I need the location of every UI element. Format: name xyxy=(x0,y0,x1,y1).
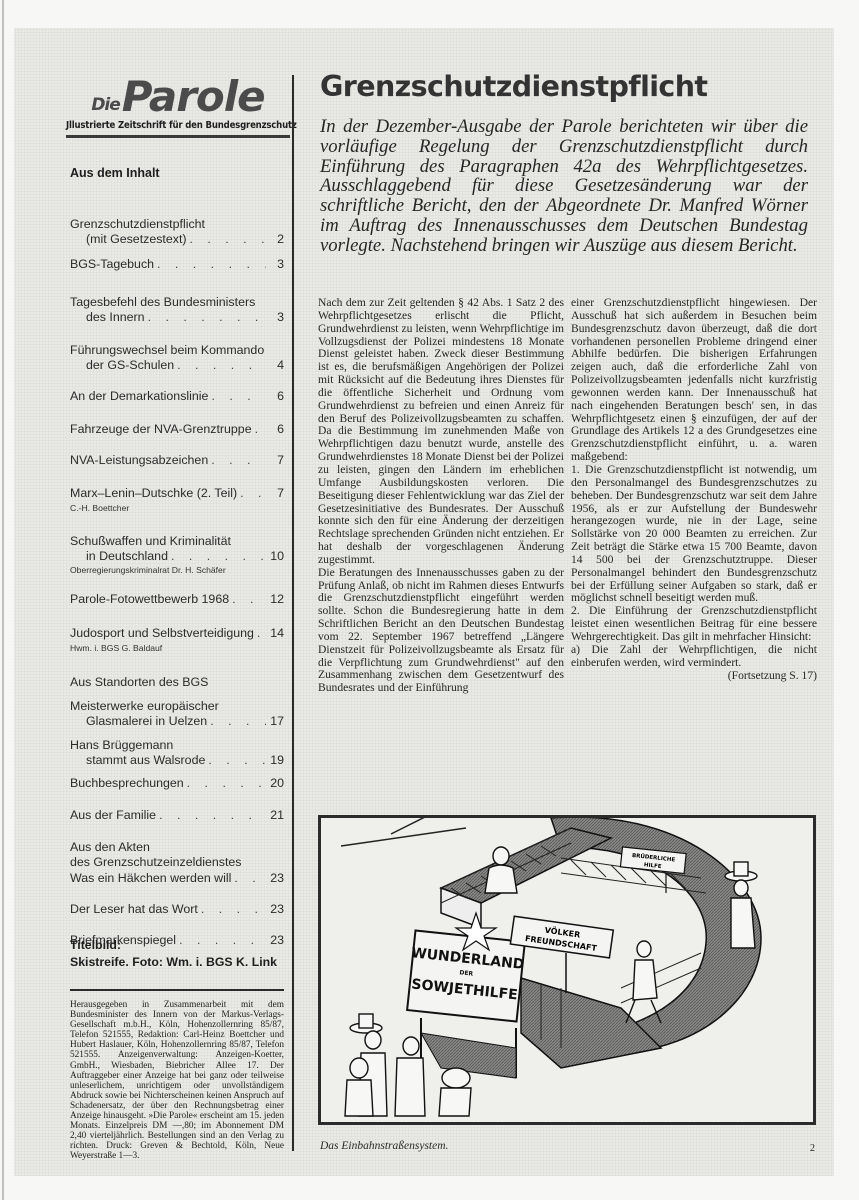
toc-leader-dots: . . . . . . . . . . . . . . . . . . . . xyxy=(154,257,266,272)
cover-credit-text: Skistreife. Foto: Wm. i. BGS K. Link xyxy=(70,954,277,971)
toc-page-number: 17 xyxy=(266,714,284,729)
cartoon-illustration: WUNDERLAND DER SOWJETHILFE VÖLKER FREUND… xyxy=(318,815,816,1125)
toc-leader-dots: . . . . . . . . . . . . . . . . . . . . xyxy=(174,358,266,373)
paragraph: Nach dem zur Zeit geltenden § 42 Abs. 1 … xyxy=(318,297,564,567)
toc-entry[interactable]: NVA-Leistungsabzeichen. . . . . . . . . … xyxy=(70,453,284,468)
article-column-2: einer Grenzschutzdienstpflicht hingewies… xyxy=(571,297,817,683)
scan-edge xyxy=(2,0,4,1200)
cover-credit: Titelbild: Skistreife. Foto: Wm. i. BGS … xyxy=(70,937,277,971)
toc-entry-title: Hans Brüggemann xyxy=(70,738,173,753)
toc-entry-title: stammt aus Walsrode xyxy=(86,753,205,768)
impressum: Herausgegeben in Zusammenarbeit mit dem … xyxy=(70,1000,284,1162)
toc-entry[interactable]: BGS-Tagebuch. . . . . . . . . . . . . . … xyxy=(70,257,284,272)
toc-entry[interactable]: Aus Standorten des BGS xyxy=(70,675,284,690)
toc-entry-line: Was ein Häkchen werden will. . . . . . .… xyxy=(70,871,284,886)
toc-entry-title: Judosport und Selbstverteidigung xyxy=(70,626,254,641)
toc-page-number: 14 xyxy=(266,626,284,641)
cartoon-caption: Das Einbahnstraßensystem. xyxy=(320,1140,448,1152)
toc-entry[interactable]: Marx–Lenin–Dutschke (2. Teil). . . . . .… xyxy=(70,486,284,514)
toc-entry-line: des Grenzschutzeinzeldienstes xyxy=(70,855,284,870)
sign-der: DER xyxy=(459,969,474,977)
toc-entry-line: NVA-Leistungsabzeichen. . . . . . . . . … xyxy=(70,453,284,468)
toc-entry-line: (mit Gesetzestext). . . . . . . . . . . … xyxy=(70,232,284,247)
toc-entry-title: Aus der Familie xyxy=(70,808,156,823)
toc-entry[interactable]: Fahrzeuge der NVA-Grenztruppe. . . . . .… xyxy=(70,422,284,437)
toc-entry-line: Tagesbefehl des Bundesministers xyxy=(70,295,284,310)
impressum-rule xyxy=(70,989,284,991)
toc-entry-line: Hans Brüggemann xyxy=(70,738,284,753)
toc-entry-line: Schußwaffen und Kriminalität xyxy=(70,534,284,549)
toc-entry-title: Parole-Fotowettbewerb 1968 xyxy=(70,592,229,607)
toc-entry-line: Marx–Lenin–Dutschke (2. Teil). . . . . .… xyxy=(70,486,284,501)
toc-entry-title: des Grenzschutzeinzeldienstes xyxy=(70,855,242,870)
toc-leader-dots: . . . . . . . . . . . . . . . . . . . . xyxy=(207,714,266,729)
toc-entry-title: des Innern xyxy=(86,310,145,325)
toc-entry-title: Meisterwerke europäischer xyxy=(70,699,219,714)
toc-entry[interactable]: Hans Brüggemannstammt aus Walsrode. . . … xyxy=(70,738,284,767)
toc-entry-line: An der Demarkationslinie. . . . . . . . … xyxy=(70,389,284,404)
toc-leader-dots: . . . . . . . . . . . . . . . . . . . . xyxy=(145,310,266,325)
column-divider xyxy=(292,75,294,1151)
toc-leader-dots: . . . . . . . . . . . . . . . . . . . . xyxy=(208,453,266,468)
toc-entry-line: des Innern. . . . . . . . . . . . . . . … xyxy=(70,310,284,325)
toc-page-number: 23 xyxy=(266,902,284,917)
toc-entry-title: in Deutschland xyxy=(86,549,168,564)
toc-leader-dots: . . . . . . . . . . . . . . . . . . . . xyxy=(237,486,266,501)
toc-page-number: 10 xyxy=(266,549,284,564)
toc-entry[interactable]: Schußwaffen und Kriminalitätin Deutschla… xyxy=(70,534,284,576)
toc-entry-line: der GS-Schulen. . . . . . . . . . . . . … xyxy=(70,358,284,373)
toc-entry-title: Was ein Häkchen werden will xyxy=(70,871,231,886)
toc-leader-dots: . . . . . . . . . . . . . . . . . . . . xyxy=(187,232,266,247)
toc-entry[interactable]: Grenzschutzdienstpflicht(mit Gesetzestex… xyxy=(70,217,284,246)
toc-page-number: 4 xyxy=(266,358,284,373)
toc-entry-title: Buchbesprechungen xyxy=(70,776,184,791)
article-column-1: Nach dem zur Zeit geltenden § 42 Abs. 1 … xyxy=(318,297,564,695)
toc-entry-line: stammt aus Walsrode. . . . . . . . . . .… xyxy=(70,753,284,768)
toc-leader-dots: . . . . . . . . . . . . . . . . . . . . xyxy=(229,592,266,607)
toc-page-number: 3 xyxy=(266,310,284,325)
paragraph: a) Die Zahl der Wehrpflichtigen, die nic… xyxy=(571,644,817,670)
toc-entry-title: NVA-Leistungsabzeichen xyxy=(70,453,208,468)
cartoon-drawing: WUNDERLAND DER SOWJETHILFE VÖLKER FREUND… xyxy=(321,818,813,1122)
toc-entry[interactable]: Was ein Häkchen werden will. . . . . . .… xyxy=(70,871,284,886)
toc-entry[interactable]: Aus den Aktendes Grenzschutzeinzeldienst… xyxy=(70,840,284,869)
toc-entry[interactable]: Meisterwerke europäischerGlasmalerei in … xyxy=(70,699,284,728)
masthead-subtitle: Jllustrierte Zeitschrift für den Bundesg… xyxy=(66,120,272,131)
logo: Die Parole xyxy=(66,76,290,118)
toc-page-number: 19 xyxy=(266,753,284,768)
toc-entry[interactable]: Der Leser hat das Wort. . . . . . . . . … xyxy=(70,902,284,917)
toc-leader-dots: . . . . . . . . . . . . . . . . . . . . xyxy=(205,753,266,768)
toc-leader-dots: . . . . . . . . . . . . . . . . . . . . xyxy=(184,776,266,791)
toc-entry-line: Meisterwerke europäischer xyxy=(70,699,284,714)
toc-entry[interactable]: Parole-Fotowettbewerb 1968. . . . . . . … xyxy=(70,592,284,607)
toc-entry-line: Grenzschutzdienstpflicht xyxy=(70,217,284,232)
paragraph: 1. Die Grenzschutzdienstpflicht ist notw… xyxy=(571,464,817,605)
toc-entry[interactable]: Führungswechsel beim Kommandoder GS-Schu… xyxy=(70,343,284,372)
toc-leader-dots: . . . . . . . . . . . . . . . . . . . . xyxy=(231,871,266,886)
toc-page-number: 7 xyxy=(266,453,284,468)
toc-entry-title: Schußwaffen und Kriminalität xyxy=(70,534,231,549)
toc-entry-line: Parole-Fotowettbewerb 1968. . . . . . . … xyxy=(70,592,284,607)
toc-entry-line: Aus der Familie. . . . . . . . . . . . .… xyxy=(70,808,284,823)
toc-entry[interactable]: An der Demarkationslinie. . . . . . . . … xyxy=(70,389,284,404)
toc-entry-title: Fahrzeuge der NVA-Grenztruppe xyxy=(70,422,252,437)
toc-entry-line: Aus den Akten xyxy=(70,840,284,855)
toc-page-number: 6 xyxy=(266,389,284,404)
toc-entry-title: Glasmalerei in Uelzen xyxy=(86,714,207,729)
toc-entry-title: Tagesbefehl des Bundesministers xyxy=(70,295,255,310)
paragraph: einer Grenzschutzdienstpflicht hingewies… xyxy=(571,297,817,464)
toc-page-number: 6 xyxy=(266,422,284,437)
toc-entry-title: Marx–Lenin–Dutschke (2. Teil) xyxy=(70,486,237,501)
toc-page-number: 7 xyxy=(266,486,284,501)
toc-entry-line: Der Leser hat das Wort. . . . . . . . . … xyxy=(70,902,284,917)
toc-entry-line: Fahrzeuge der NVA-Grenztruppe. . . . . .… xyxy=(70,422,284,437)
paragraph: 2. Die Einführung der Grenzschutzdienstp… xyxy=(571,605,817,644)
toc-page-number: 3 xyxy=(266,257,284,272)
toc-leader-dots: . . . . . . . . . . . . . . . . . . . . xyxy=(198,902,266,917)
toc-entry-line: BGS-Tagebuch. . . . . . . . . . . . . . … xyxy=(70,257,284,272)
toc-leader-dots: . . . . . . . . . . . . . . . . . . . . xyxy=(168,549,266,564)
page-number: 2 xyxy=(810,1143,815,1154)
toc-entry-line: Judosport und Selbstverteidigung. . . . … xyxy=(70,626,284,641)
paragraph: Die Beratungen des Innenausschusses gabe… xyxy=(318,567,564,695)
article-lede: In der Dezember-Ausgabe der Parole beric… xyxy=(320,117,808,256)
toc-entry-title: (mit Gesetzestext) xyxy=(86,232,187,247)
toc-entry-title: Aus den Akten xyxy=(70,840,150,855)
toc-entry[interactable]: Aus der Familie. . . . . . . . . . . . .… xyxy=(70,808,284,823)
toc-entry-line: Glasmalerei in Uelzen. . . . . . . . . .… xyxy=(70,714,284,729)
toc-entry-line: Führungswechsel beim Kommando xyxy=(70,343,284,358)
toc-entry-author: Hwm. i. BGS G. Baldauf xyxy=(70,642,284,654)
toc-page-number: 23 xyxy=(266,871,284,886)
toc-leader-dots: . . . . . . . . . . . . . . . . . . . . xyxy=(252,422,266,437)
cover-credit-label: Titelbild: xyxy=(70,937,277,954)
masthead: Die Parole Jllustrierte Zeitschrift für … xyxy=(66,76,290,138)
continuation-note: (Fortsetzung S. 17) xyxy=(571,670,817,683)
toc-entry[interactable]: Tagesbefehl des Bundesministersdes Inner… xyxy=(70,295,284,324)
toc-entry-title: Führungswechsel beim Kommando xyxy=(70,343,264,358)
masthead-rule xyxy=(66,135,290,138)
toc-entry-line: in Deutschland. . . . . . . . . . . . . … xyxy=(70,549,284,564)
toc-entry-author: C.-H. Boettcher xyxy=(70,502,284,514)
toc-entry-author: Oberregierungskriminalrat Dr. H. Schäfer xyxy=(70,564,284,576)
toc-leader-dots: . . . . . . . . . . . . . . . . . . . . xyxy=(208,389,266,404)
article-title: Grenzschutzdienstpflicht xyxy=(320,70,707,103)
toc-entry-title: An der Demarkationslinie xyxy=(70,389,208,404)
toc-entry-line: Buchbesprechungen. . . . . . . . . . . .… xyxy=(70,776,284,791)
toc-entry[interactable]: Buchbesprechungen. . . . . . . . . . . .… xyxy=(70,776,284,791)
toc-heading: Aus dem Inhalt xyxy=(70,166,160,180)
toc-leader-dots: . . . . . . . . . . . . . . . . . . . . xyxy=(156,808,266,823)
toc-entry-title: Aus Standorten des BGS xyxy=(70,675,208,690)
logo-name: Parole xyxy=(122,76,265,118)
logo-prefix: Die xyxy=(91,97,119,118)
toc-leader-dots: . . . . . . . . . . . . . . . . . . . . xyxy=(254,626,266,641)
toc-entry-title: der GS-Schulen xyxy=(86,358,174,373)
toc-entry-title: Grenzschutzdienstpflicht xyxy=(70,217,205,232)
toc-entry-title: BGS-Tagebuch xyxy=(70,257,154,272)
toc-page-number: 12 xyxy=(266,592,284,607)
toc-entry-title: Der Leser hat das Wort xyxy=(70,902,198,917)
toc-page-number: 21 xyxy=(266,808,284,823)
toc-page-number: 2 xyxy=(266,232,284,247)
toc-entry-line: Aus Standorten des BGS xyxy=(70,675,284,690)
toc-entry[interactable]: Judosport und Selbstverteidigung. . . . … xyxy=(70,626,284,654)
toc-page-number: 20 xyxy=(266,776,284,791)
